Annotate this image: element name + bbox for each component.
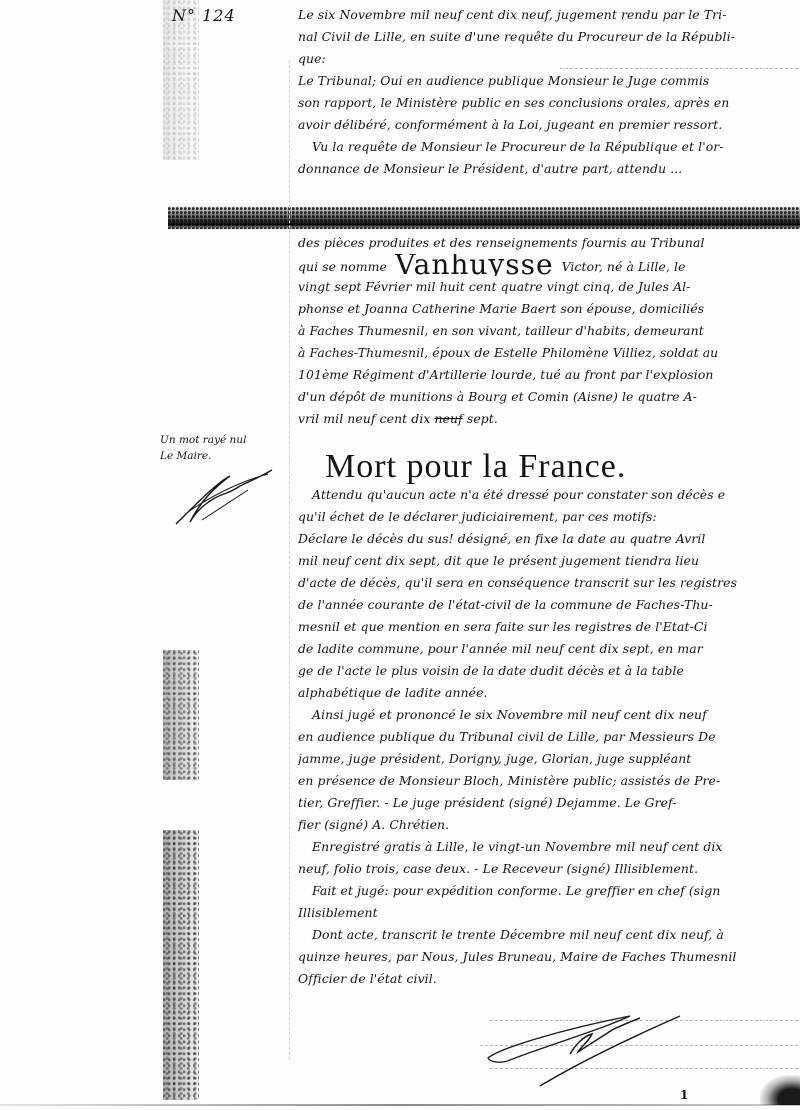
text-fragment: sept. bbox=[467, 411, 498, 426]
margin-note-line: Un mot rayé nul bbox=[160, 432, 270, 448]
text-line: 101ème Régiment d'Artillerie lourde, tué… bbox=[298, 364, 798, 386]
text-line: Le Tribunal; Oui en audience publique Mo… bbox=[298, 70, 798, 92]
text-line: Ainsi jugé et prononcé le six Novembre m… bbox=[298, 704, 798, 726]
text-line: avoir délibéré, conformément à la Loi, j… bbox=[298, 114, 798, 136]
scan-smudge bbox=[760, 1075, 800, 1105]
text-line: Le six Novembre mil neuf cent dix neuf, … bbox=[298, 4, 798, 26]
text-line: son rapport, le Ministère public en ses … bbox=[298, 92, 798, 114]
name-prefix: qui se nomme bbox=[298, 259, 387, 274]
text-line: Dont acte, transcrit le trente Décembre … bbox=[298, 924, 798, 946]
text-fragment: vril mil neuf cent dix bbox=[298, 411, 430, 426]
margin-annotation: Un mot rayé nul Le Maire. bbox=[160, 432, 270, 464]
text-line: de l'année courante de l'état-civil de l… bbox=[298, 594, 798, 616]
text-line: nal Civil de Lille, en suite d'une requê… bbox=[298, 26, 798, 48]
text-line: fier (signé) A. Chrétien. bbox=[298, 814, 798, 836]
text-line: à Faches-Thumesnil, époux de Estelle Phi… bbox=[298, 342, 798, 364]
page-mark: 1 bbox=[680, 1088, 688, 1102]
deceased-surname: Vanhuysse bbox=[395, 254, 554, 276]
judgment-text-identity: des pièces produites et des renseignemen… bbox=[298, 232, 798, 430]
text-line: Vu la requête de Monsieur le Procureur d… bbox=[298, 136, 798, 158]
text-line: en audience publique du Tribunal civil d… bbox=[298, 726, 798, 748]
text-line: mesnil et que mention en sera faite sur … bbox=[298, 616, 798, 638]
judgment-text-lower: Attendu qu'aucun acte n'a été dressé pou… bbox=[298, 484, 798, 990]
scan-noise-low bbox=[163, 830, 199, 1100]
scan-fold-band bbox=[168, 207, 800, 229]
text-line: quinze heures, par Nous, Jules Bruneau, … bbox=[298, 946, 798, 968]
text-line: de ladite commune, pour l'année mil neuf… bbox=[298, 638, 798, 660]
register-page: N° 124 Le six Novembre mil neuf cent dix… bbox=[0, 0, 800, 1110]
text-line: tier, Greffier. - Le juge président (sig… bbox=[298, 792, 798, 814]
scan-noise-mid bbox=[163, 650, 199, 780]
text-line: des pièces produites et des renseignemen… bbox=[298, 232, 798, 254]
text-line: Attendu qu'aucun acte n'a été dressé pou… bbox=[298, 484, 798, 506]
text-line: donnance de Monsieur le Président, d'aut… bbox=[298, 158, 798, 180]
judgment-text-upper: Le six Novembre mil neuf cent dix neuf, … bbox=[298, 4, 798, 180]
text-line: jamme, juge président, Dorigny, juge, Gl… bbox=[298, 748, 798, 770]
text-line: vingt sept Février mil huit cent quatre … bbox=[298, 276, 798, 298]
text-line: d'acte de décès, qu'il sera en conséquen… bbox=[298, 572, 798, 594]
text-line: à Faches Thumesnil, en son vivant, taill… bbox=[298, 320, 798, 342]
text-line: Enregistré gratis à Lille, le vingt-un N… bbox=[298, 836, 798, 858]
text-line: neuf, folio trois, case deux. - Le Recev… bbox=[298, 858, 798, 880]
text-line: vril mil neuf cent dix neuf sept. bbox=[298, 408, 798, 430]
margin-rule bbox=[289, 60, 290, 1060]
text-line: en présence de Monsieur Bloch, Ministère… bbox=[298, 770, 798, 792]
record-number: N° 124 bbox=[172, 6, 236, 25]
officer-signature-icon bbox=[480, 1008, 700, 1088]
text-line: phonse et Joanna Catherine Marie Baert s… bbox=[298, 298, 798, 320]
text-line: qu'il échet de le déclarer judiciairemen… bbox=[298, 506, 798, 528]
text-line: ge de l'acte le plus voisin de la date d… bbox=[298, 660, 798, 682]
text-line: Officier de l'état civil. bbox=[298, 968, 798, 990]
text-line: d'un dépôt de munitions à Bourg et Comin… bbox=[298, 386, 798, 408]
text-line: Illisiblement bbox=[298, 902, 798, 924]
mort-pour-la-france-heading: Mort pour la France. bbox=[325, 448, 626, 486]
text-line: que: bbox=[298, 48, 798, 70]
text-line: mil neuf cent dix sept, dit que le prése… bbox=[298, 550, 798, 572]
name-suffix: Victor, né à Lille, le bbox=[562, 259, 686, 274]
text-line: alphabétique de ladite année. bbox=[298, 682, 798, 704]
name-line: qui se nomme Vanhuysse Victor, né à Lill… bbox=[298, 254, 798, 276]
text-line: Déclare le décès du sus! désigné, en fix… bbox=[298, 528, 798, 550]
struck-word: neuf bbox=[435, 411, 463, 426]
page-bottom-edge bbox=[0, 1104, 800, 1106]
mayor-margin-signature-icon bbox=[168, 462, 278, 532]
text-line: Fait et jugé: pour expédition conforme. … bbox=[298, 880, 798, 902]
